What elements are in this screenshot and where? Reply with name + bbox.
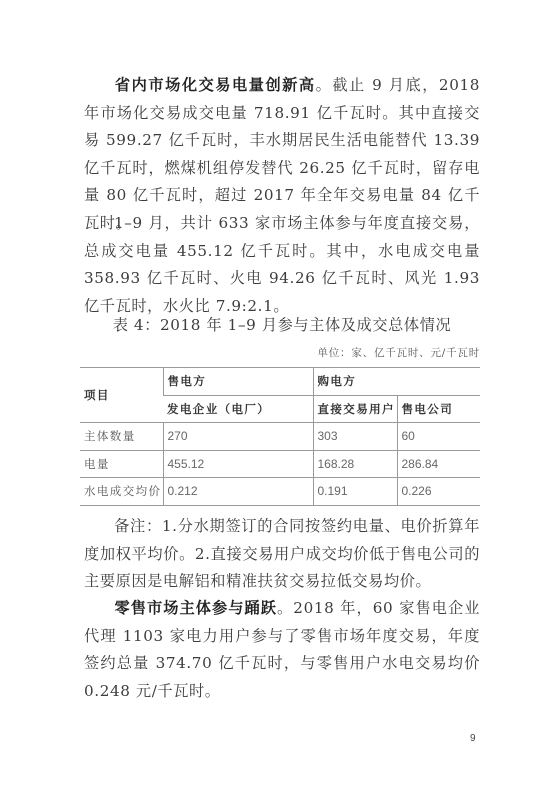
row-label: 主体数量 [80, 423, 163, 451]
note-text: 备注：1.分水期签订的合同按签约电量、电价折算年度加权平均价。2.直接交易用户成… [84, 517, 480, 590]
row-label: 电量 [80, 450, 163, 478]
participants-table: 项目 售电方 购电方 发电企业（电厂） 直接交易用户 售电公司 主体数量 270… [80, 367, 480, 506]
cell-generator: 455.12 [163, 450, 313, 478]
header-direct-user: 直接交易用户 [313, 395, 397, 423]
document-page: 省内市场化交易电量创新高。截止 9 月底，2018 年市场化交易成交电量 718… [0, 0, 560, 791]
paragraph-direct-trade: 1–9 月，共计 633 家市场主体参与年度直接交易，总成交电量 455.12 … [84, 210, 480, 320]
header-buyer-group: 购电方 [313, 368, 480, 396]
cell-direct-user: 168.28 [313, 450, 397, 478]
paragraph-text: 1–9 月，共计 633 家市场主体参与年度直接交易，总成交电量 455.12 … [84, 214, 480, 315]
page-number: 9 [470, 733, 476, 744]
cell-retail-company: 0.226 [397, 478, 480, 506]
cell-direct-user: 303 [313, 423, 397, 451]
cell-retail-company: 60 [397, 423, 480, 451]
cell-generator: 0.212 [163, 478, 313, 506]
row-label: 水电成交均价 [80, 478, 163, 506]
table-unit-note: 单位：家、亿千瓦时、元/千瓦时 [317, 345, 480, 360]
paragraph-bold-lead: 零售市场主体参与踊跃 [114, 599, 277, 617]
header-retail-company: 售电公司 [397, 395, 480, 423]
header-seller-group: 售电方 [163, 368, 313, 396]
cell-generator: 270 [163, 423, 313, 451]
cell-direct-user: 0.191 [313, 478, 397, 506]
header-item: 项目 [80, 368, 163, 423]
table-header-row: 项目 售电方 购电方 [80, 368, 480, 396]
table-caption: 表 4：2018 年 1–9 月参与主体及成交总体情况 [84, 314, 480, 335]
paragraph-bold-lead: 省内市场化交易电量创新高 [114, 76, 316, 94]
table-row: 水电成交均价 0.212 0.191 0.226 [80, 478, 480, 506]
paragraph-text: 。截止 9 月底，2018 年市场化交易成交电量 718.91 亿千瓦时。其中直… [84, 76, 480, 232]
header-generator: 发电企业（电厂） [163, 395, 313, 423]
table-row: 电量 455.12 168.28 286.84 [80, 450, 480, 478]
cell-retail-company: 286.84 [397, 450, 480, 478]
paragraph-retail-market: 零售市场主体参与踊跃。2018 年，60 家售电企业代理 1103 家电力用户参… [84, 595, 480, 705]
table-note: 备注：1.分水期签订的合同按签约电量、电价折算年度加权平均价。2.直接交易用户成… [84, 513, 480, 596]
table-row: 主体数量 270 303 60 [80, 423, 480, 451]
